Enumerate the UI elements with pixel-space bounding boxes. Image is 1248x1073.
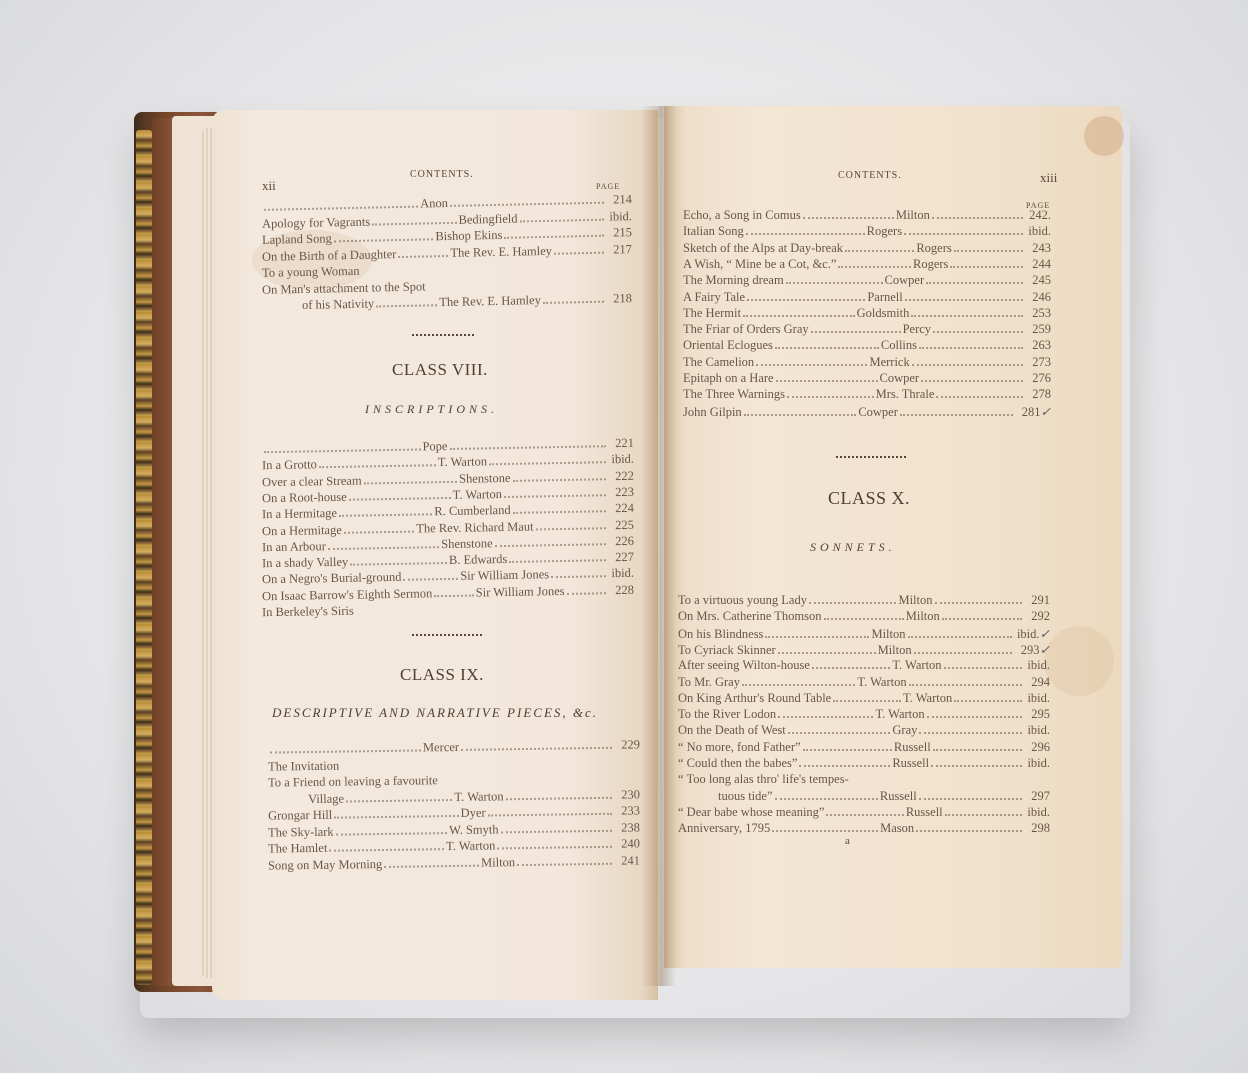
toc-entry: The HermitGoldsmith253	[683, 306, 1051, 321]
foxing-stain	[1044, 626, 1114, 696]
entry-page: 263	[1025, 338, 1051, 353]
entry-title: The Three Warnings	[683, 387, 785, 402]
entry-page: 246	[1025, 290, 1051, 305]
dot-leader	[450, 445, 607, 450]
entry-title: The Friar of Orders Gray	[683, 322, 809, 337]
dot-leader	[932, 217, 1023, 219]
toc-entry: Italian SongRogersibid.	[683, 224, 1051, 239]
entry-page: 218	[606, 291, 632, 307]
entry-author: Russell	[906, 805, 943, 820]
dot-leader	[328, 546, 439, 550]
entry-title: The Morning dream	[683, 273, 784, 288]
dot-leader	[772, 830, 878, 832]
entry-author: Sir William Jones	[460, 568, 549, 585]
entry-author: Milton	[871, 627, 905, 642]
toc-entry: Sketch of the Alps at Day-breakRogers243	[683, 241, 1051, 256]
dot-leader	[489, 462, 606, 466]
dot-leader	[319, 465, 436, 469]
entry-author: Cowper	[885, 273, 925, 288]
dot-leader	[914, 652, 1012, 654]
dot-leader	[403, 578, 458, 581]
toc-entry: The Three WarningsMrs. Thrale278	[683, 387, 1051, 402]
toc-entry: John GilpinCowper281✓	[683, 404, 1051, 420]
entry-author: Merrick	[869, 355, 909, 370]
entry-title: John Gilpin	[683, 405, 742, 420]
ornament-rule	[836, 452, 906, 458]
gilt-spine-tooling	[136, 130, 152, 985]
dot-leader	[775, 798, 878, 800]
dot-leader	[826, 814, 903, 816]
entry-page: ibid.	[1024, 658, 1050, 673]
dot-leader	[334, 815, 458, 819]
entry-title: The Invitation	[268, 758, 339, 774]
pencil-check-mark: ✓	[1041, 404, 1051, 420]
dot-leader	[776, 380, 878, 382]
toc-entry: To the River LodonT. Warton295	[678, 707, 1050, 722]
entry-author: R. Cumberland	[434, 503, 511, 519]
entry-title: tuous tide”	[718, 789, 773, 804]
entry-author: Goldsmith	[857, 306, 910, 321]
dot-leader	[788, 732, 891, 734]
dot-leader	[501, 829, 612, 833]
entry-page: 243	[1025, 241, 1051, 256]
toc-entry: On the Death of WestGrayibid.	[678, 723, 1050, 738]
dot-leader	[364, 480, 458, 484]
toc-entry: tuous tide”Russell297	[678, 789, 1050, 804]
dot-leader	[919, 798, 1022, 800]
dot-leader	[506, 796, 612, 799]
entry-page: 222	[608, 468, 634, 483]
entry-title: “ Dear babe whose meaning”	[678, 805, 824, 820]
entry-page: ibid.	[1014, 627, 1040, 642]
entry-page: 238	[614, 820, 640, 835]
entry-title: The Camelion	[683, 355, 754, 370]
entry-title: Village	[308, 791, 344, 807]
class-viii-subheading: INSCRIPTIONS.	[365, 402, 498, 417]
toc-entry: To Mr. GrayT. Warton294	[678, 675, 1050, 690]
entry-title: On Mrs. Catherine Thomson	[678, 609, 822, 624]
dot-leader	[799, 765, 890, 767]
entry-page: ibid.	[1025, 224, 1051, 239]
entry-page: 296	[1024, 740, 1050, 755]
entry-title: On a Root-house	[262, 490, 347, 506]
dot-leader	[344, 530, 415, 533]
entry-page: ibid.	[1024, 805, 1050, 820]
entry-title: A Fairy Tale	[683, 290, 745, 305]
dot-leader	[935, 602, 1023, 604]
dot-leader	[497, 846, 612, 850]
entry-title: Song on May Morning	[268, 857, 382, 874]
entry-page: 227	[608, 550, 634, 565]
entry-title: Apology for Vagrants	[262, 214, 370, 231]
dot-leader	[931, 765, 1022, 767]
dot-leader	[329, 848, 444, 852]
entry-page: ibid.	[1024, 723, 1050, 738]
entry-author: Rogers	[916, 241, 951, 256]
entry-page: 294	[1024, 675, 1050, 690]
entry-title: On his Blindness	[678, 627, 763, 642]
entry-author: Milton	[896, 208, 930, 223]
dot-leader	[775, 347, 879, 349]
toc-entry: “ Could then the babes”Russellibid.	[678, 756, 1050, 771]
toc-entry: On his BlindnessMiltonibid.✓	[678, 626, 1050, 642]
entry-title: To a virtuous young Lady	[678, 593, 807, 608]
dot-leader	[838, 266, 911, 268]
entry-title: The Sky-lark	[268, 824, 334, 840]
entry-title: On a Negro's Burial-ground	[262, 570, 402, 587]
entry-page: 245	[1025, 273, 1051, 288]
dot-leader	[264, 448, 421, 453]
toc-entry: Oriental EcloguesCollins263	[683, 338, 1051, 353]
entry-title: In an Arbour	[262, 539, 326, 555]
entry-title: In Berkeley's Siris	[262, 604, 354, 621]
pencil-check-mark: ✓	[1040, 642, 1050, 658]
dot-leader	[945, 814, 1022, 816]
dot-leader	[567, 592, 606, 595]
dot-leader	[376, 304, 437, 307]
toc-entry: A Fairy TaleParnell246	[683, 290, 1051, 305]
entry-page: ibid.	[608, 452, 634, 467]
entry-page: 214	[606, 192, 632, 208]
entry-author: Rogers	[913, 257, 948, 272]
entry-title: To Cyriack Skinner	[678, 643, 776, 658]
dot-leader	[954, 250, 1023, 252]
dot-leader	[554, 251, 604, 254]
pencil-check-mark: ✓	[1040, 626, 1050, 642]
entry-author: Anon	[420, 196, 448, 212]
dot-leader	[384, 864, 479, 867]
entry-author: Dyer	[461, 806, 486, 821]
dot-leader	[517, 862, 612, 865]
entry-title: Sketch of the Alps at Day-break	[683, 241, 843, 256]
entry-page: 298	[1024, 821, 1050, 836]
entry-author: The Rev. Richard Maut	[416, 519, 533, 536]
dot-leader	[916, 830, 1022, 832]
dot-leader	[919, 732, 1022, 734]
entry-title: The Hamlet	[268, 841, 328, 857]
entry-author: B. Edwards	[449, 552, 508, 568]
dot-leader	[336, 832, 447, 836]
entry-title: Over a clear Stream	[262, 473, 362, 490]
dot-leader	[504, 235, 604, 239]
entry-page: 281	[1015, 405, 1041, 420]
entry-page: 253	[1025, 306, 1051, 321]
entry-title: To a young Woman	[262, 264, 360, 281]
dot-leader	[900, 414, 1013, 416]
dot-leader	[954, 700, 1022, 702]
dot-leader	[778, 652, 876, 654]
entry-title: On the Birth of a Daughter	[262, 247, 397, 265]
entry-author: Bedingfield	[458, 211, 517, 227]
entry-page: 292	[1024, 609, 1050, 624]
dot-leader	[921, 380, 1023, 382]
entry-title: “ Could then the babes”	[678, 756, 797, 771]
dot-leader	[747, 299, 865, 301]
dot-leader	[339, 513, 432, 517]
entry-page: 241	[614, 853, 640, 868]
dot-leader	[495, 543, 606, 547]
entry-title: On a Hermitage	[262, 522, 342, 538]
corner-stain	[1084, 116, 1124, 156]
dot-leader	[912, 364, 1023, 366]
entry-author: Russell	[880, 789, 917, 804]
entry-page: 259	[1025, 322, 1051, 337]
entry-author: Mason	[880, 821, 914, 836]
dot-leader	[905, 299, 1023, 301]
entry-author: Russell	[894, 740, 931, 755]
dot-leader	[743, 315, 855, 317]
toc-entry: To a virtuous young LadyMilton291	[678, 593, 1050, 608]
entry-page: 224	[608, 501, 634, 516]
entry-title: In a shady Valley	[262, 555, 348, 572]
entry-author: T. Warton	[453, 487, 502, 503]
dot-leader	[461, 747, 612, 751]
toc-entry: To Cyriack SkinnerMilton293✓	[678, 642, 1050, 658]
entry-page: 297	[1024, 789, 1050, 804]
dot-leader	[350, 562, 447, 566]
entry-author: T. Warton	[903, 691, 952, 706]
dot-leader	[398, 254, 448, 257]
entry-author: Cowper	[858, 405, 898, 420]
dot-leader	[349, 497, 451, 501]
dot-leader	[927, 716, 1022, 718]
dot-leader	[909, 684, 1022, 686]
dot-leader	[811, 331, 901, 333]
dot-leader	[950, 266, 1023, 268]
entry-page: 278	[1025, 387, 1051, 402]
toc-entry: The Morning dreamCowper245	[683, 273, 1051, 288]
entry-page: 240	[614, 836, 640, 851]
toc-entry: On Mrs. Catherine ThomsonMilton292	[678, 609, 1050, 624]
entry-author: Collins	[881, 338, 917, 353]
dot-leader	[803, 749, 892, 751]
entry-title: Epitaph on a Hare	[683, 371, 774, 386]
entry-title: Grongar Hill	[268, 808, 332, 824]
dot-leader	[833, 700, 901, 702]
toc-entry: Epitaph on a HareCowper276	[683, 371, 1051, 386]
entry-page: 217	[606, 242, 632, 258]
entry-page: 276	[1025, 371, 1051, 386]
class-ix-heading: CLASS IX.	[400, 665, 484, 685]
entry-title: “ Too long alas thro' life's tempes-	[678, 772, 849, 787]
toc-entry: “ Dear babe whose meaning”Russellibid.	[678, 805, 1050, 820]
entry-title: To Mr. Gray	[678, 675, 740, 690]
dot-leader	[270, 749, 421, 753]
dot-leader	[824, 618, 904, 620]
left-running-head: CONTENTS.	[410, 169, 474, 180]
entry-page: 273	[1025, 355, 1051, 370]
entry-author: The Rev. E. Hamley	[439, 293, 541, 310]
toc-entry: A Wish, “ Mine be a Cot, &c.”Rogers244	[683, 257, 1051, 272]
toc-entry: Echo, a Song in ComusMilton242.	[683, 208, 1051, 223]
dot-leader	[543, 301, 604, 304]
entry-author: Pope	[422, 439, 447, 454]
entry-title: To the River Lodon	[678, 707, 776, 722]
dot-leader	[742, 684, 855, 686]
entry-page: 295	[1024, 707, 1050, 722]
entry-page: 225	[608, 517, 634, 532]
entry-author: Shenstone	[459, 471, 511, 487]
dot-leader	[919, 347, 1023, 349]
dot-leader	[334, 238, 434, 242]
entry-title: After seeing Wilton-house	[678, 658, 810, 673]
dot-leader	[434, 594, 473, 597]
toc-entry: “ Too long alas thro' life's tempes-	[678, 772, 1050, 787]
entry-author: Milton	[906, 609, 940, 624]
toc-entry: The Friar of Orders GrayPercy259	[683, 322, 1051, 337]
entry-page: 223	[608, 485, 634, 500]
entry-author: Milton	[481, 855, 515, 870]
dot-leader	[513, 478, 607, 482]
dot-leader	[744, 414, 857, 416]
dot-leader	[536, 527, 607, 530]
entry-author: T. Warton	[454, 789, 503, 805]
left-folio: xii	[262, 178, 276, 194]
entry-title: In a Grotto	[262, 458, 317, 474]
entry-page: 226	[608, 534, 634, 549]
entry-author: Milton	[878, 643, 912, 658]
entry-title: Echo, a Song in Comus	[683, 208, 801, 223]
dot-leader	[746, 233, 865, 235]
toc-entry: On King Arthur's Round TableT. Wartonibi…	[678, 691, 1050, 706]
signature-mark: a	[845, 835, 850, 847]
entry-author: T. Warton	[446, 838, 495, 854]
entry-page: ibid.	[606, 209, 632, 225]
dot-leader	[756, 364, 867, 366]
dot-leader	[264, 206, 418, 211]
left-page-label: PAGE	[596, 182, 620, 191]
toc-entry: After seeing Wilton-houseT. Wartonibid.	[678, 658, 1050, 673]
dot-leader	[845, 250, 914, 252]
entry-author: Shenstone	[441, 536, 493, 552]
dot-leader	[787, 396, 874, 398]
class-viii-heading: CLASS VIII.	[392, 360, 488, 380]
entry-author: Sir William Jones	[476, 584, 565, 601]
entry-page: ibid.	[608, 566, 634, 581]
right-running-head: CONTENTS.	[838, 170, 902, 181]
entry-title: Lapland Song	[262, 231, 332, 247]
entry-author: T. Warton	[857, 675, 906, 690]
entry-author: Percy	[903, 322, 931, 337]
dot-leader	[765, 636, 869, 638]
dot-leader	[520, 218, 604, 222]
entry-author: T. Warton	[438, 455, 487, 471]
dot-leader	[933, 749, 1022, 751]
entry-author: Russell	[892, 756, 929, 771]
dot-leader	[942, 618, 1022, 620]
entry-page: 221	[608, 436, 634, 451]
entry-page: 215	[606, 225, 632, 241]
entry-author: The Rev. E. Hamley	[450, 243, 552, 260]
entry-author: T. Warton	[892, 658, 941, 673]
entry-title: To a Friend on leaving a favourite	[268, 773, 438, 790]
entry-author: Mrs. Thrale	[876, 387, 935, 402]
entry-title: On the Death of West	[678, 723, 786, 738]
entry-page: 228	[608, 582, 634, 597]
entry-page: 293	[1014, 643, 1040, 658]
dot-leader	[551, 576, 606, 579]
entry-page: 230	[614, 787, 640, 802]
dot-leader	[778, 716, 873, 718]
entry-title: “ No more, fond Father”	[678, 740, 801, 755]
dot-leader	[488, 813, 612, 817]
entry-title: Oriental Eclogues	[683, 338, 773, 353]
entry-page: 291	[1024, 593, 1050, 608]
class-ix-subheading: DESCRIPTIVE AND NARRATIVE PIECES, &c.	[272, 705, 598, 721]
entry-title: of his Nativity	[302, 297, 375, 314]
entry-page: 229	[614, 737, 640, 752]
entry-page: 233	[614, 803, 640, 818]
dot-leader	[509, 559, 606, 563]
toc-entry: The CamelionMerrick273	[683, 355, 1051, 370]
entry-author: Mercer	[423, 740, 459, 756]
class-x-subheading: SONNETS.	[810, 540, 896, 555]
dot-leader	[809, 602, 897, 604]
dot-leader	[904, 233, 1023, 235]
dot-leader	[513, 510, 606, 514]
entry-title: On Isaac Barrow's Eighth Sermon	[262, 586, 433, 604]
dot-leader	[911, 315, 1023, 317]
entry-author: Cowper	[880, 371, 920, 386]
dot-leader	[372, 221, 456, 225]
dot-leader	[936, 396, 1023, 398]
toc-entry: Anniversary, 1795Mason298	[678, 821, 1050, 836]
entry-title: Anniversary, 1795	[678, 821, 770, 836]
dot-leader	[944, 667, 1022, 669]
entry-title: A Wish, “ Mine be a Cot, &c.”	[683, 257, 836, 272]
entry-title: In a Hermitage	[262, 506, 337, 522]
book-gutter	[642, 106, 676, 986]
class-x-heading: CLASS X.	[828, 488, 910, 509]
entry-author: Gray	[892, 723, 917, 738]
dot-leader	[786, 282, 883, 284]
right-folio: xiii	[1040, 170, 1057, 186]
dot-leader	[504, 494, 606, 498]
entry-author: Milton	[898, 593, 932, 608]
entry-page: ibid.	[1024, 691, 1050, 706]
dot-leader	[346, 799, 452, 802]
dot-leader	[933, 331, 1023, 333]
dot-leader	[803, 217, 894, 219]
entry-page: ibid.	[1024, 756, 1050, 771]
entry-author: Bishop Ekins	[435, 228, 502, 244]
toc-entry: “ No more, fond Father”Russell296	[678, 740, 1050, 755]
entry-page: 244	[1025, 257, 1051, 272]
entry-title: The Hermit	[683, 306, 741, 321]
entry-author: T. Warton	[875, 707, 924, 722]
entry-page: 242.	[1025, 208, 1051, 223]
dot-leader	[812, 667, 890, 669]
dot-leader	[926, 282, 1023, 284]
entry-title: Italian Song	[683, 224, 744, 239]
dot-leader	[450, 202, 604, 207]
entry-title: On Man's attachment to the Spot	[262, 279, 426, 297]
entry-author: Rogers	[867, 224, 902, 239]
entry-author: Parnell	[867, 290, 902, 305]
entry-author: W. Smyth	[449, 822, 499, 838]
entry-title: On King Arthur's Round Table	[678, 691, 831, 706]
ornament-rule	[412, 330, 474, 336]
dot-leader	[908, 636, 1012, 638]
ornament-rule	[412, 630, 482, 636]
